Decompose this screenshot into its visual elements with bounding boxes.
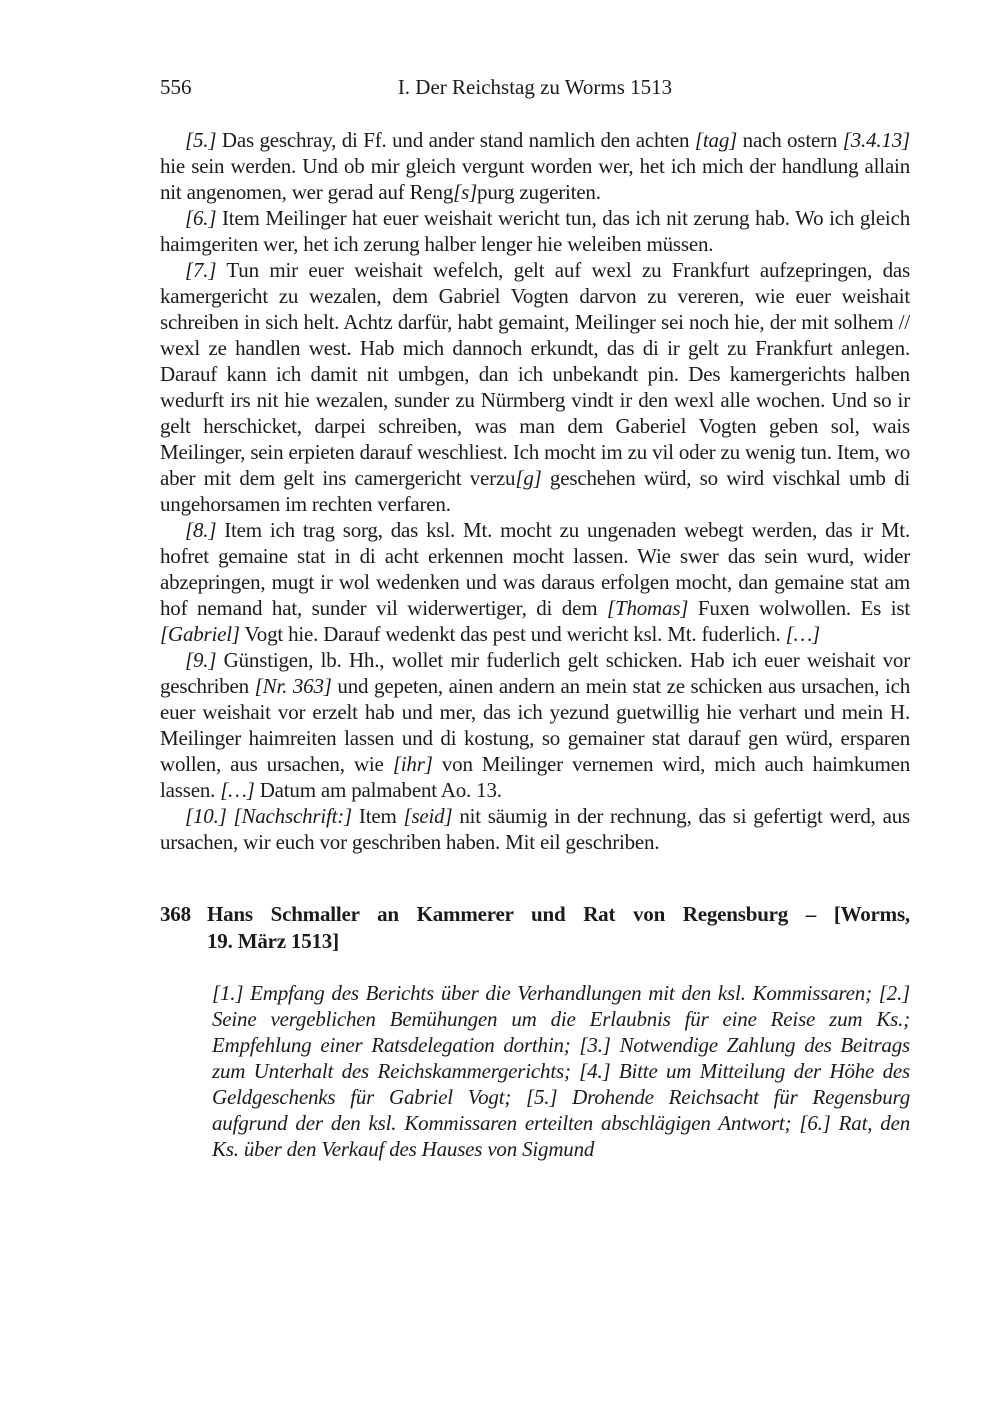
paragraph-5: [5.] Das geschray, di Ff. und ander stan…: [160, 127, 910, 205]
editorial-insertion: [Nr. 363]: [255, 674, 332, 698]
entry-heading: 368 Hans Schmaller an Kammerer und Rat v…: [160, 901, 910, 955]
entry-number: 368: [160, 901, 191, 928]
text-run: Vogt hie. Darauf wedenkt das pest und we…: [240, 622, 786, 646]
text-run: Item Meilinger hat euer weishait wericht…: [160, 206, 910, 256]
text-run: nach ostern: [737, 128, 843, 152]
text-run: Item: [352, 804, 403, 828]
editorial-insertion: [10.] [Nachschrift:]: [185, 804, 352, 828]
editorial-insertion: [s]: [453, 180, 477, 204]
editorial-insertion: [8.]: [185, 518, 216, 542]
editorial-insertion: [5.]: [185, 128, 216, 152]
paragraph-6: [6.] Item Meilinger hat euer weishait we…: [160, 205, 910, 257]
editorial-insertion: [ihr]: [393, 752, 433, 776]
entry-title-line1: Hans Schmaller an Kammerer und Rat von R…: [207, 901, 910, 928]
text-run: Tun mir euer weishait wefelch, gelt auf …: [160, 258, 910, 490]
text-run: Datum am palmabent Ao. 13.: [255, 778, 502, 802]
paragraph-8: [8.] Item ich trag sorg, das ksl. Mt. mo…: [160, 517, 910, 647]
running-title: I. Der Reichstag zu Worms 1513: [160, 74, 910, 100]
paragraph-9: [9.] Günstigen, lb. Hh., wollet mir fude…: [160, 647, 910, 803]
paragraph-10: [10.] [Nachschrift:] Item [seid] nit säu…: [160, 803, 910, 855]
editorial-insertion: [g]: [515, 466, 541, 490]
entry-summary: [1.] Empfang des Berichts über die Verha…: [212, 980, 910, 1162]
page-number: 556: [160, 74, 192, 100]
editorial-insertion: [6.]: [185, 206, 216, 230]
editorial-insertion: […]: [220, 778, 254, 802]
editorial-insertion: [7.]: [185, 258, 216, 282]
editorial-insertion: [tag]: [695, 128, 737, 152]
entry-title-line2: 19. März 1513]: [207, 928, 910, 955]
book-page: 556 I. Der Reichstag zu Worms 1513 [5.] …: [0, 0, 1004, 1418]
editorial-insertion: [Thomas]: [607, 596, 688, 620]
text-run: Das geschray, di Ff. und ander stand nam…: [216, 128, 695, 152]
editorial-insertion: [Gabriel]: [160, 622, 240, 646]
editorial-insertion: […]: [786, 622, 820, 646]
text-run: Fuxen wolwollen. Es ist: [688, 596, 910, 620]
editorial-insertion: [seid]: [403, 804, 452, 828]
letter-body: [5.] Das geschray, di Ff. und ander stan…: [160, 127, 910, 855]
paragraph-7: [7.] Tun mir euer weishait wefelch, gelt…: [160, 257, 910, 517]
page-header: 556 I. Der Reichstag zu Worms 1513: [160, 74, 910, 100]
editorial-insertion: [9.]: [185, 648, 216, 672]
text-run: purg zugeriten.: [477, 180, 601, 204]
text-column: 556 I. Der Reichstag zu Worms 1513 [5.] …: [160, 74, 910, 1162]
editorial-insertion: [3.4.13]: [843, 128, 910, 152]
entry-368: 368 Hans Schmaller an Kammerer und Rat v…: [160, 901, 910, 1162]
